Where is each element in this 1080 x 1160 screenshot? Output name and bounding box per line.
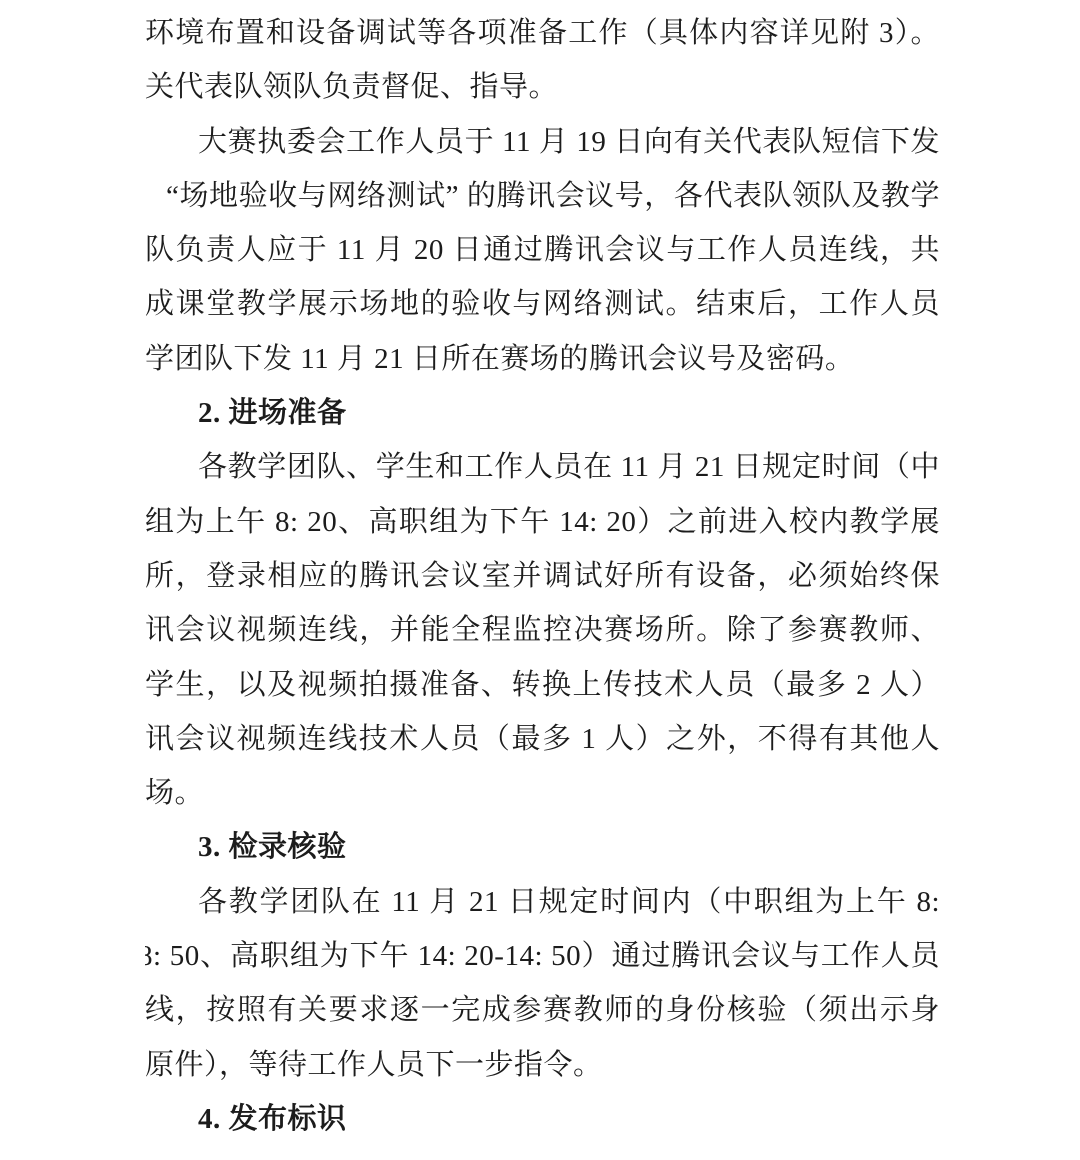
text-line: 原件），等待工作人员下一步指令。	[145, 1038, 940, 1092]
text-line: 各教学团队在 11 月 21 日规定时间内（中职组为上午 8: 20-	[145, 875, 940, 929]
text-line: 大赛执委会工作人员于 11 月 19 日向有关代表队短信下发	[145, 115, 940, 169]
text-line: 讯会议视频连线，并能全程监控决赛场所。除了参赛教师、全体	[145, 603, 940, 657]
text-line: 讯会议视频连线技术人员（最多 1 人）之外，不得有其他人员在	[145, 712, 940, 766]
text-line: 关代表队领队负责督促、指导。	[145, 60, 940, 114]
text-line: 线，按照有关要求逐一完成参赛教师的身份核验（须出示身份证	[145, 983, 940, 1037]
section-heading-2: 2. 进场准备	[145, 386, 940, 440]
text-line: 所，登录相应的腾讯会议室并调试好所有设备，必须始终保持腾	[145, 549, 940, 603]
text-line: 环境布置和设备调试等各项准备工作（具体内容详见附 3）。有	[145, 6, 940, 60]
document-page: 环境布置和设备调试等各项准备工作（具体内容详见附 3）。有 关代表队领队负责督促…	[0, 0, 1080, 1160]
text-line: 学生，以及视频拍摄准备、转换上传技术人员（最多 2 人）和腾	[145, 658, 940, 712]
text-line: 8: 50、高职组为下午 14: 20-14: 50）通过腾讯会议与工作人员连	[145, 929, 940, 983]
text-line: 成课堂教学展示场地的验收与网络测试。结束后，工作人员向教	[145, 277, 940, 331]
section-heading-4: 4. 发布标识	[145, 1092, 940, 1146]
text-line: 各教学团队、学生和工作人员在 11 月 21 日规定时间（中职	[145, 440, 940, 494]
text-line: 场。	[145, 766, 940, 820]
section-heading-3: 3. 检录核验	[145, 820, 940, 874]
text-line: 队负责人应于 11 月 20 日通过腾讯会议与工作人员连线，共同完	[145, 223, 940, 277]
document-body: 环境布置和设备调试等各项准备工作（具体内容详见附 3）。有 关代表队领队负责督促…	[145, 6, 940, 1146]
text-line: “场地验收与网络测试” 的腾讯会议号，各代表队领队及教学团	[145, 169, 940, 223]
text-line: 组为上午 8: 20、高职组为下午 14: 20）之前进入校内教学展示场	[145, 495, 940, 549]
text-line: 学团队下发 11 月 21 日所在赛场的腾讯会议号及密码。	[145, 332, 940, 386]
